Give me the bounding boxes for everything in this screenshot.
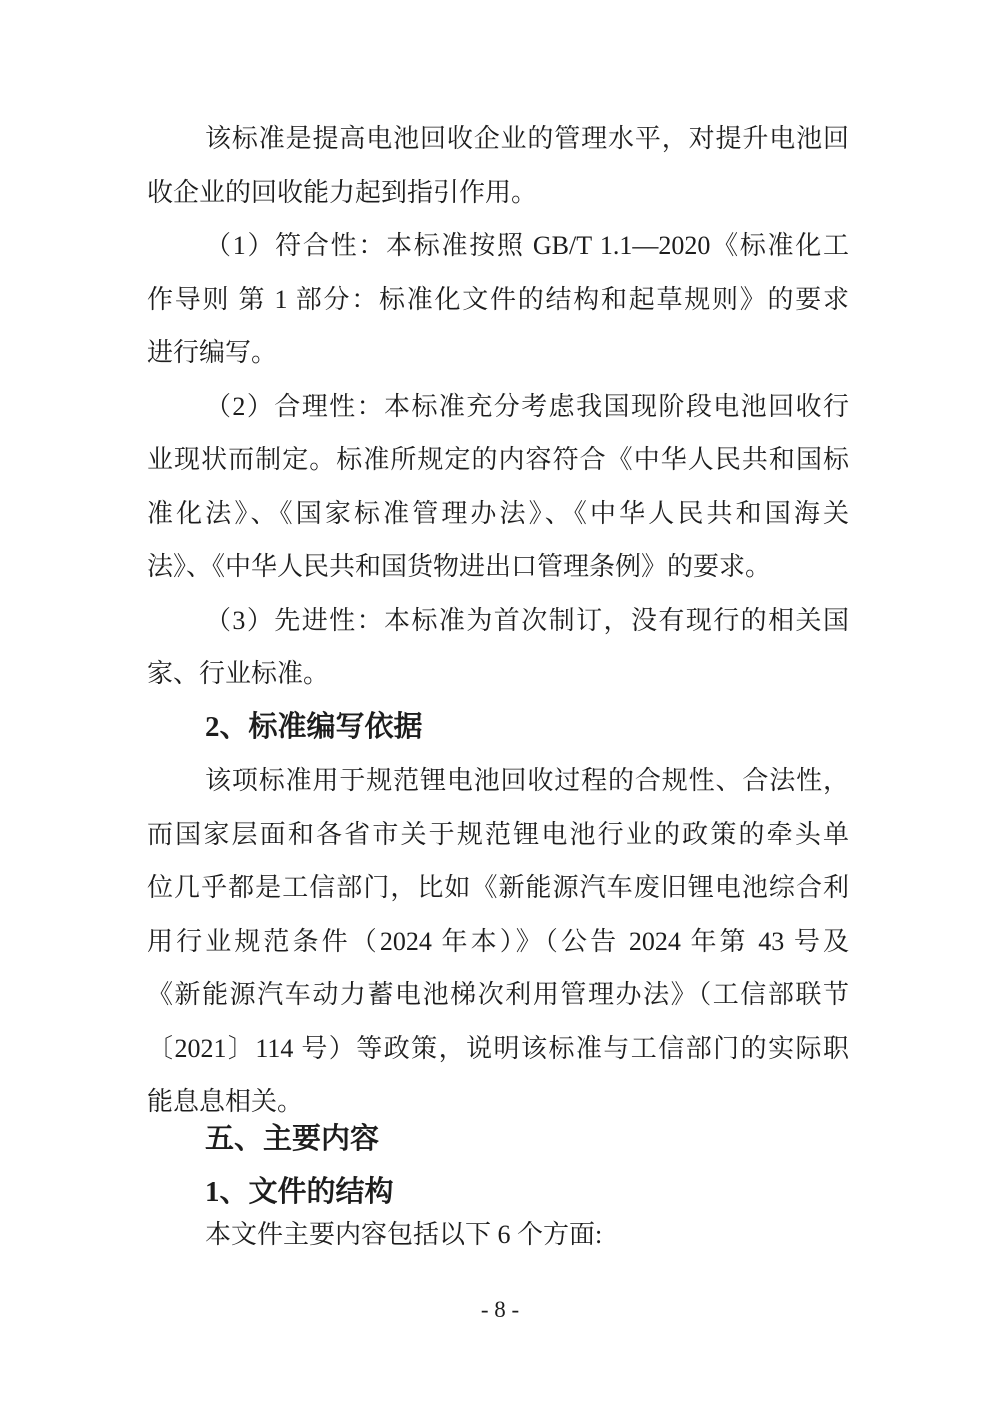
document-page: 该标准是提高电池回收企业的管理水平，对提升电池回收企业的回收能力起到指引作用。（… [0, 0, 1000, 1414]
text-line-6: （2）合理性：本标准充分考虑我国现阶段电池回收行 [147, 380, 849, 434]
heading-line-20: 五、主要内容 [147, 1113, 849, 1167]
document-text-block: 该标准是提高电池回收企业的管理水平，对提升电池回收企业的回收能力起到指引作用。（… [147, 112, 849, 1261]
page-number: - 8 - [0, 1297, 1000, 1323]
text-line-7: 业现状而制定。标准所规定的内容符合《中华人民共和国标 [147, 433, 849, 487]
text-line-10: （3）先进性：本标准为首次制订，没有现行的相关国 [147, 594, 849, 648]
text-line-2: 收企业的回收能力起到指引作用。 [147, 166, 849, 220]
text-line-8: 准化法》、《国家标准管理办法》、《中华人民共和国海关 [147, 487, 849, 541]
text-line-3: （1）符合性：本标准按照 GB/T 1.1—2020《标准化工 [147, 219, 849, 273]
heading-line-12: 2、标准编写依据 [147, 701, 849, 755]
text-line-15: 位几乎都是工信部门，比如《新能源汽车废旧锂电池综合利 [147, 861, 849, 915]
text-line-16: 用行业规范条件（2024 年本）》（公告 2024 年第 43 号及 [147, 915, 849, 969]
text-line-4: 作导则 第 1 部分：标准化文件的结构和起草规则》的要求 [147, 273, 849, 327]
text-line-13: 该项标准用于规范锂电池回收过程的合规性、合法性， [147, 754, 849, 808]
text-line-5: 进行编写。 [147, 326, 849, 380]
text-line-18: 〔2021〕114 号）等政策，说明该标准与工信部门的实际职 [147, 1022, 849, 1076]
text-line-9: 法》、《中华人民共和国货物进出口管理条例》的要求。 [147, 540, 849, 594]
text-line-22: 本文件主要内容包括以下 6 个方面: [147, 1208, 849, 1262]
text-line-17: 《新能源汽车动力蓄电池梯次利用管理办法》（工信部联节 [147, 968, 849, 1022]
text-line-11: 家、行业标准。 [147, 647, 849, 701]
text-line-1: 该标准是提高电池回收企业的管理水平，对提升电池回 [147, 112, 849, 166]
text-line-14: 而国家层面和各省市关于规范锂电池行业的政策的牵头单 [147, 808, 849, 862]
